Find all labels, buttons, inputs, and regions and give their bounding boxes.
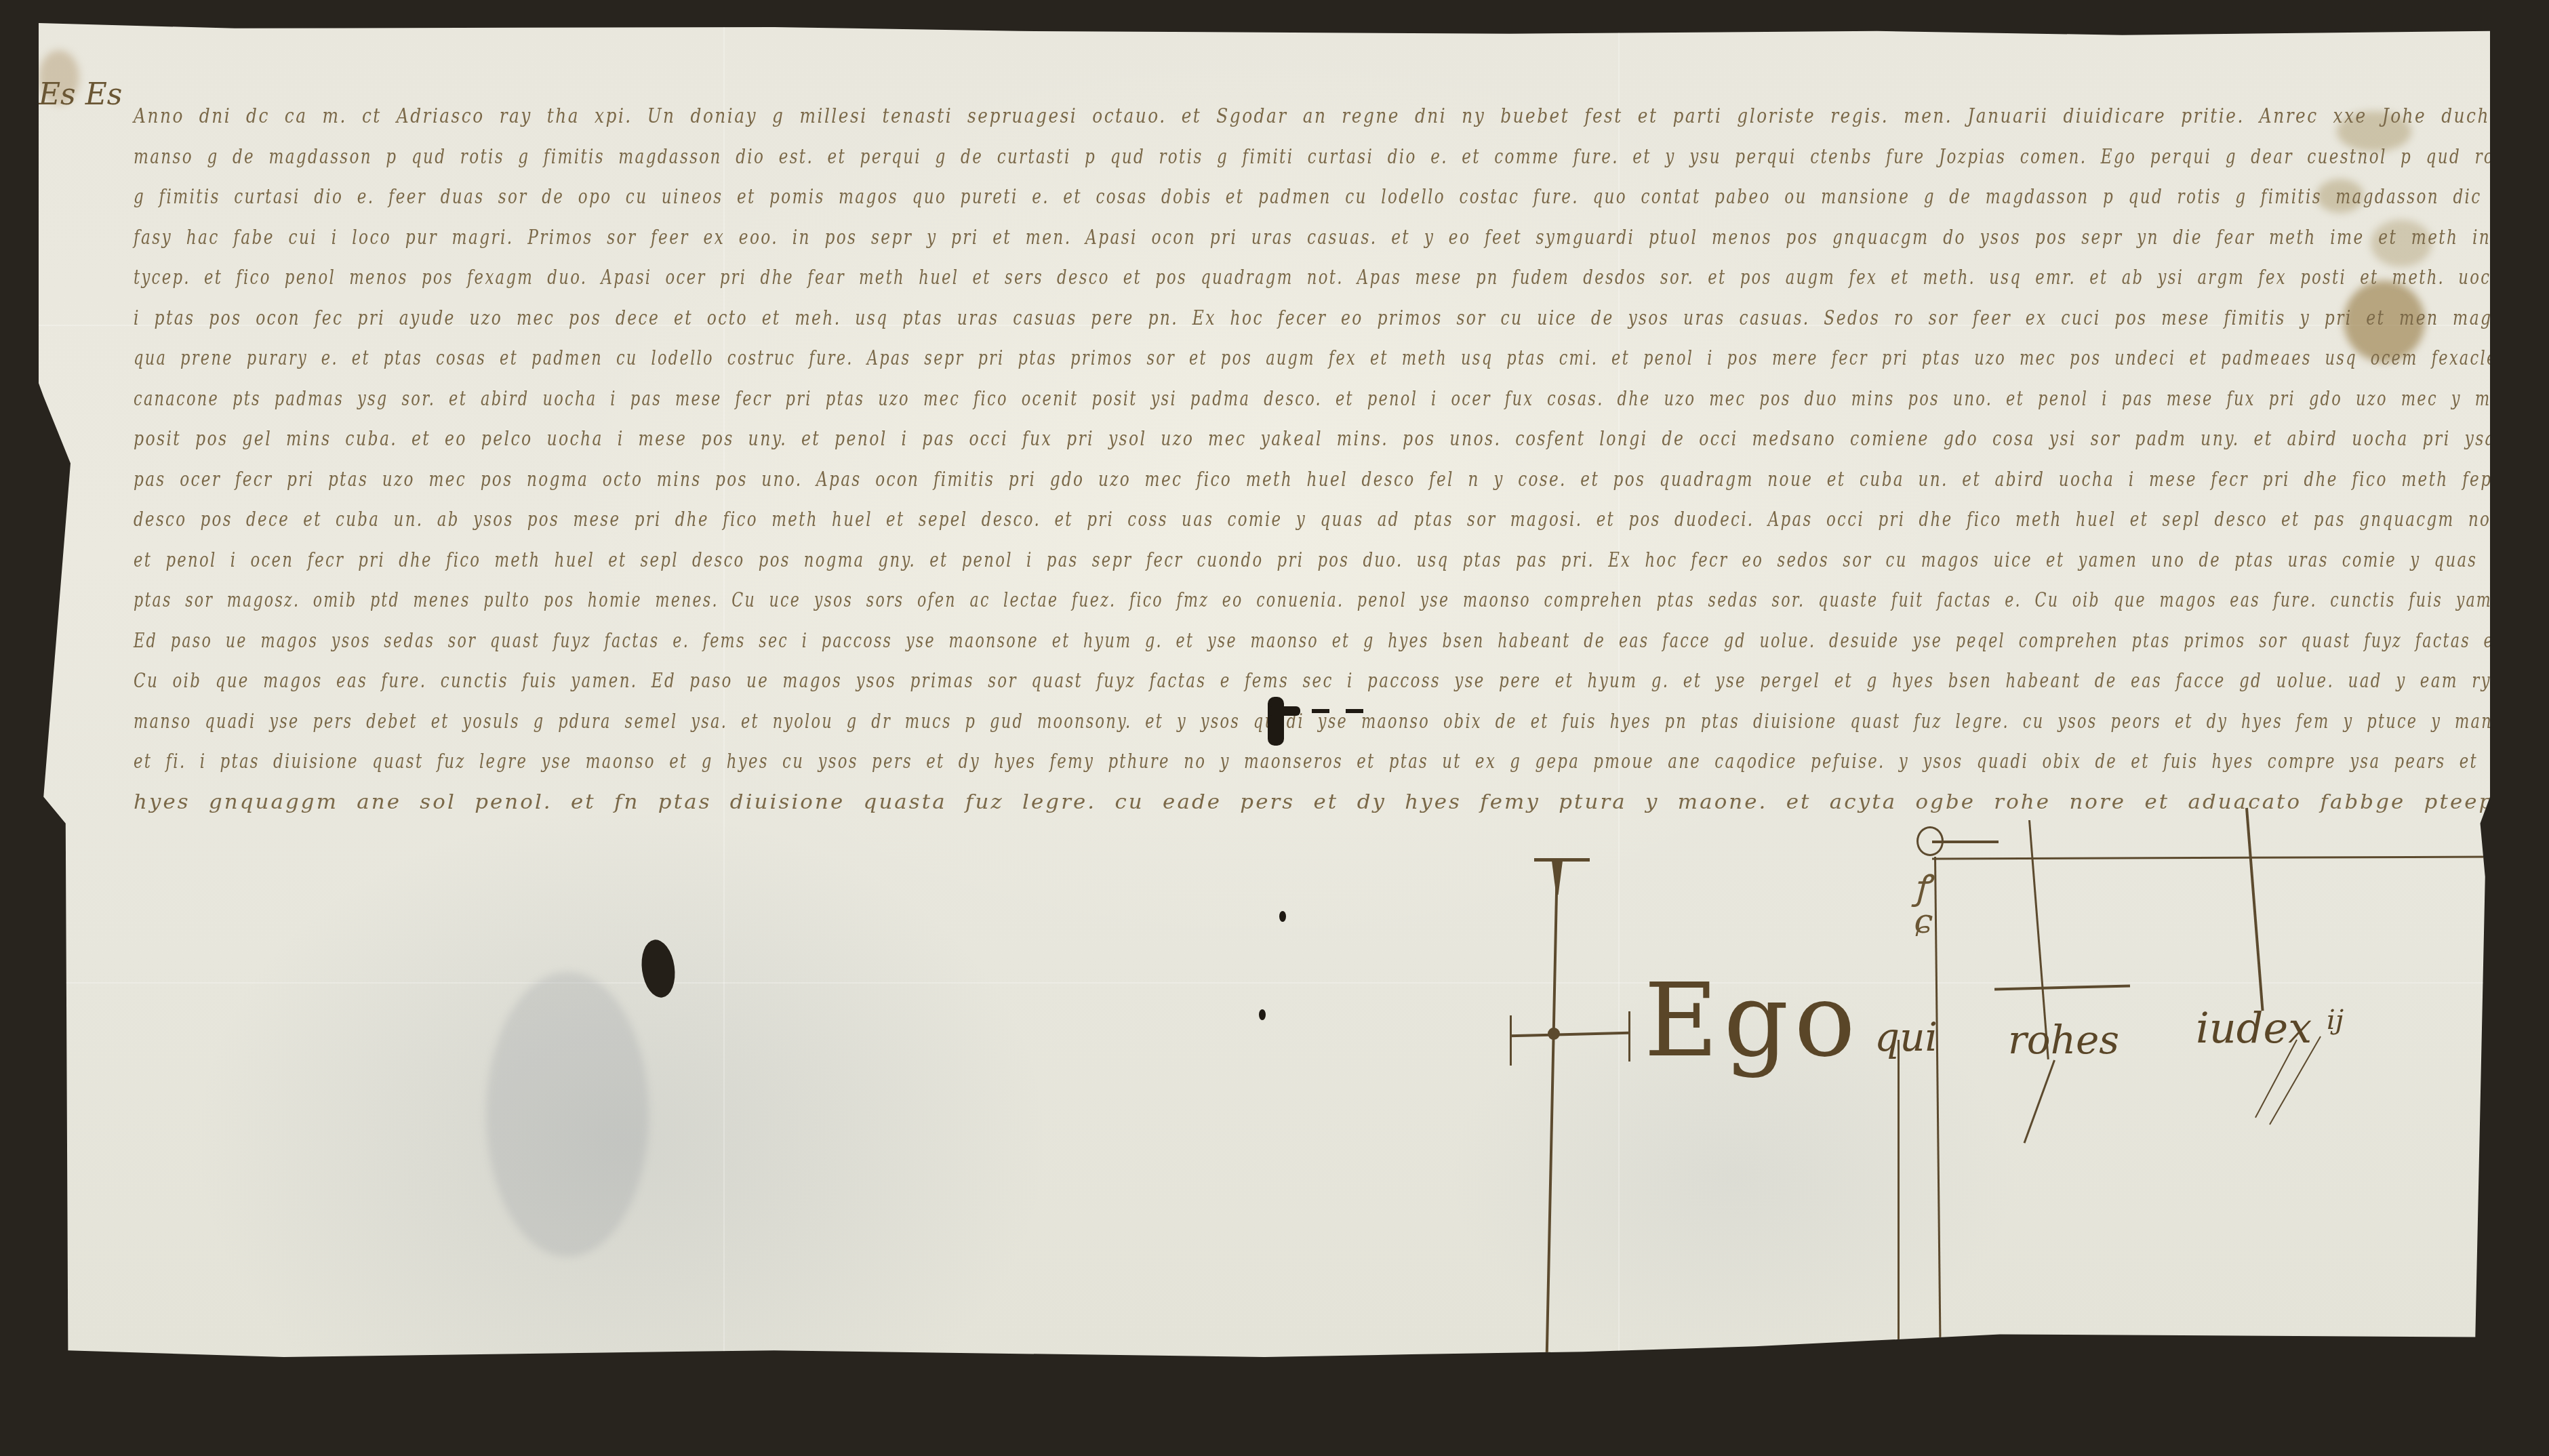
- notary-horizontal-rule: [1932, 856, 2489, 860]
- text-line: et fi. i ptas diuisione quast fuz legre …: [134, 742, 2513, 782]
- grey-smudge: [486, 972, 649, 1257]
- ink-blot: [1268, 697, 1284, 746]
- rohes-descender: [2024, 1059, 2055, 1143]
- text-line: manso g de magdasson p qud rotis g fimit…: [134, 137, 2513, 178]
- signature-ego: Ego: [1644, 962, 1861, 1080]
- text-line: canacone pts padmas ysg sor. et abird uo…: [134, 379, 2513, 420]
- text-line: Ed paso ue magos ysos sedas sor quast fu…: [134, 621, 2513, 662]
- notary-upper-stroke: [1932, 841, 1999, 843]
- text-line: i ptas pos ocon fec pri ayude uzo mec po…: [134, 298, 2513, 339]
- iudex-vertical-line: [2245, 808, 2264, 1011]
- signature-iudex-suffix: ij: [2327, 1005, 2344, 1036]
- qui-stem-line: [1898, 1040, 1900, 1358]
- rohes-crossbar: [1994, 984, 2130, 990]
- parchment-charter: Anno dni dc ca m. ct Adriasco ray tha xp…: [39, 23, 2490, 1357]
- text-line: manso quadi yse pers debet et yosuls g p…: [134, 702, 2513, 742]
- signum-cross-vertical: [1546, 861, 1559, 1356]
- text-line: et penol i ocen fecr pri dhe fico meth h…: [134, 540, 2513, 581]
- parchment-hole: [638, 937, 679, 1000]
- notary-flourish: ꝭɕ: [1914, 870, 1933, 938]
- ink-dash: [1346, 709, 1363, 713]
- text-line: desco pos dece et cuba un. ab ysos pos m…: [134, 500, 2513, 540]
- ink-dot: [1259, 1009, 1266, 1020]
- ink-blot: [1268, 706, 1300, 716]
- signum-cross-endcap: [1628, 1011, 1630, 1061]
- signum-cross-endcap: [1510, 1015, 1512, 1066]
- signature-qui: qui: [1874, 1014, 1938, 1060]
- signum-cross-node: [1548, 1028, 1560, 1040]
- text-line: Cu oib que magos eas fure. cunctis fuis …: [134, 661, 2513, 702]
- signum-cross-horizontal: [1510, 1032, 1629, 1038]
- text-line: g fimitis curtasi dio e. feer duas sor d…: [134, 177, 2513, 218]
- notary-vertical-line: [1934, 857, 1942, 1358]
- text-line: Anno dni dc ca m. ct Adriasco ray tha xp…: [134, 96, 2513, 137]
- fold-line: [39, 982, 2490, 984]
- text-line: pas ocer fecr pri ptas uzo mec pos nogma…: [134, 460, 2513, 500]
- text-line: ptas sor magosz. omib ptd menes pulto po…: [134, 580, 2513, 621]
- initial-invocation-mark: Es Es: [39, 77, 122, 112]
- text-line: hyes gnquaggm ane sol penol. et fn ptas …: [134, 782, 2513, 823]
- text-line: fasy hac fabe cui i loco pur magri. Prim…: [134, 218, 2513, 258]
- text-line: posit pos gel mins cuba. et eo pelco uoc…: [134, 419, 2513, 460]
- text-line: tycep. et fico penol menos pos fexagm du…: [134, 258, 2513, 298]
- text-line: qua prene purary e. et ptas cosas et pad…: [134, 338, 2513, 379]
- ink-dash: [1312, 709, 1329, 713]
- signature-rohes: rohes: [2008, 1017, 2119, 1063]
- ink-dot: [1279, 911, 1286, 922]
